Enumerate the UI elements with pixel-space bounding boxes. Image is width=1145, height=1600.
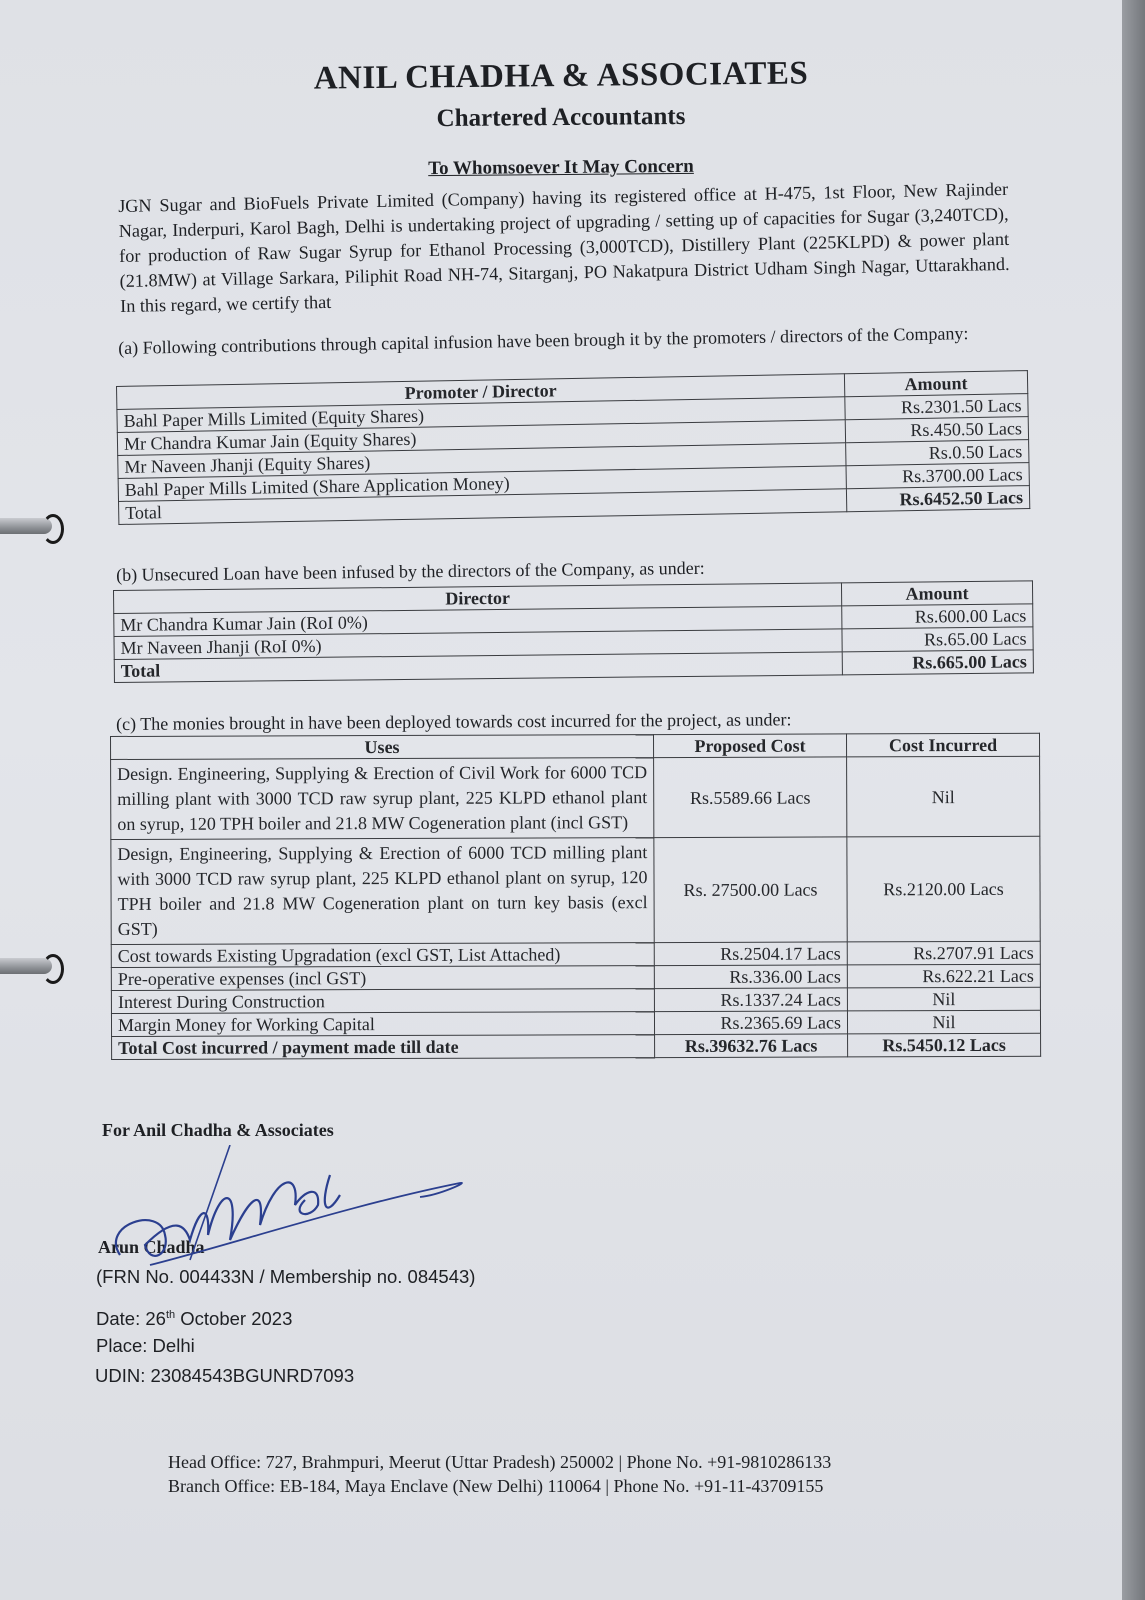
total-amount: Rs.665.00 Lacs xyxy=(842,650,1033,675)
proposed-cost: Rs.1337.24 Lacs xyxy=(654,988,847,1012)
table-header-row: Uses Proposed Cost Cost Incurred xyxy=(111,733,1040,759)
use-description: Margin Money for Working Capital xyxy=(111,1012,654,1037)
use-description: Interest During Construction xyxy=(111,989,654,1014)
date-month-year: October 2023 xyxy=(175,1308,292,1329)
intro-paragraph: JGN Sugar and BioFuels Private Limited (… xyxy=(118,177,1010,319)
table-row: Design. Engineering, Supplying & Erectio… xyxy=(111,756,1040,839)
use-description: Design, Engineering, Supplying & Erectio… xyxy=(111,838,654,945)
cost-incurred: Nil xyxy=(847,1010,1040,1034)
promoter-amount: Rs.2301.50 Lacs xyxy=(845,394,1028,420)
certificate-place: Place: Delhi xyxy=(96,1335,195,1357)
table-row: Design, Engineering, Supplying & Erectio… xyxy=(111,836,1040,944)
loan-amount: Rs.65.00 Lacs xyxy=(842,627,1033,652)
use-description: Pre-operative expenses (incl GST) xyxy=(111,966,654,991)
cost-incurred: Nil xyxy=(847,987,1040,1011)
promoter-amount: Rs.450.50 Lacs xyxy=(845,417,1028,443)
table-row: Margin Money for Working Capital Rs.2365… xyxy=(111,1010,1040,1036)
head-office-address: Head Office: 727, Brahmpuri, Meerut (Utt… xyxy=(168,1452,831,1473)
use-description: Design. Engineering, Supplying & Erectio… xyxy=(111,758,654,840)
promoter-contributions-table: Promoter / Director Amount Bahl Paper Mi… xyxy=(116,370,1030,525)
section-c-label: (c) The monies brought in have been depl… xyxy=(116,709,792,735)
proposed-cost: Rs.336.00 Lacs xyxy=(654,965,847,989)
column-header-amount: Amount xyxy=(841,581,1032,606)
cost-incurred: Rs.2120.00 Lacs xyxy=(847,836,1040,942)
loan-amount: Rs.600.00 Lacs xyxy=(842,604,1033,629)
document-page: ANIL CHADHA & ASSOCIATES Chartered Accou… xyxy=(0,0,1122,1600)
cost-incurred: Rs.2707.91 Lacs xyxy=(847,941,1040,965)
proposed-cost: Rs.5589.66 Lacs xyxy=(654,757,847,838)
total-amount: Rs.6452.50 Lacs xyxy=(846,486,1029,512)
page-edge-shadow xyxy=(1122,0,1145,1600)
certificate-date: Date: 26th October 2023 xyxy=(96,1308,292,1330)
table-total-row: Total Cost incurred / payment made till … xyxy=(112,1033,1041,1059)
use-description: Cost towards Existing Upgradation (excl … xyxy=(111,943,654,968)
cost-incurred: Rs.622.21 Lacs xyxy=(847,964,1040,988)
date-day: Date: 26 xyxy=(96,1308,166,1329)
firm-subtitle: Chartered Accountants xyxy=(0,99,1122,137)
cost-incurred: Nil xyxy=(847,756,1040,837)
proposed-cost: Rs.2365.69 Lacs xyxy=(654,1011,847,1035)
column-header-cost-incurred: Cost Incurred xyxy=(846,733,1039,757)
handwritten-signature xyxy=(90,1145,490,1285)
unsecured-loan-table: Director Amount Mr Chandra Kumar Jain (R… xyxy=(113,580,1034,683)
column-header-uses: Uses xyxy=(111,735,654,760)
branch-office-address: Branch Office: EB-184, Maya Enclave (New… xyxy=(168,1476,823,1497)
binder-ring-top xyxy=(0,512,68,538)
section-a-label: (a) Following contributions through capi… xyxy=(118,320,1018,360)
date-ordinal: th xyxy=(166,1309,175,1321)
project-cost-table: Uses Proposed Cost Cost Incurred Design.… xyxy=(110,733,1041,1060)
column-header-proposed-cost: Proposed Cost xyxy=(653,734,846,758)
udin-number: UDIN: 23084543BGUNRD7093 xyxy=(95,1365,354,1387)
promoter-amount: Rs.3700.00 Lacs xyxy=(846,463,1029,489)
column-header-amount: Amount xyxy=(844,371,1027,397)
table-row: Cost towards Existing Upgradation (excl … xyxy=(111,941,1040,967)
table-row: Interest During Construction Rs.1337.24 … xyxy=(111,987,1040,1013)
sign-for-firm: For Anil Chadha & Associates xyxy=(102,1120,334,1141)
table-row: Pre-operative expenses (incl GST) Rs.336… xyxy=(111,964,1040,990)
promoter-amount: Rs.0.50 Lacs xyxy=(846,440,1029,466)
section-b-label: (b) Unsecured Loan have been infused by … xyxy=(116,558,705,586)
frn-membership: (FRN No. 004433N / Membership no. 084543… xyxy=(96,1266,475,1288)
firm-name: ANIL CHADHA & ASSOCIATES xyxy=(0,52,1122,101)
binder-ring-bottom xyxy=(0,952,68,978)
total-proposed-cost: Rs.39632.76 Lacs xyxy=(655,1034,848,1058)
total-label: Total Cost incurred / payment made till … xyxy=(112,1035,655,1060)
total-cost-incurred: Rs.5450.12 Lacs xyxy=(848,1033,1041,1057)
proposed-cost: Rs. 27500.00 Lacs xyxy=(654,837,847,943)
proposed-cost: Rs.2504.17 Lacs xyxy=(654,942,847,966)
